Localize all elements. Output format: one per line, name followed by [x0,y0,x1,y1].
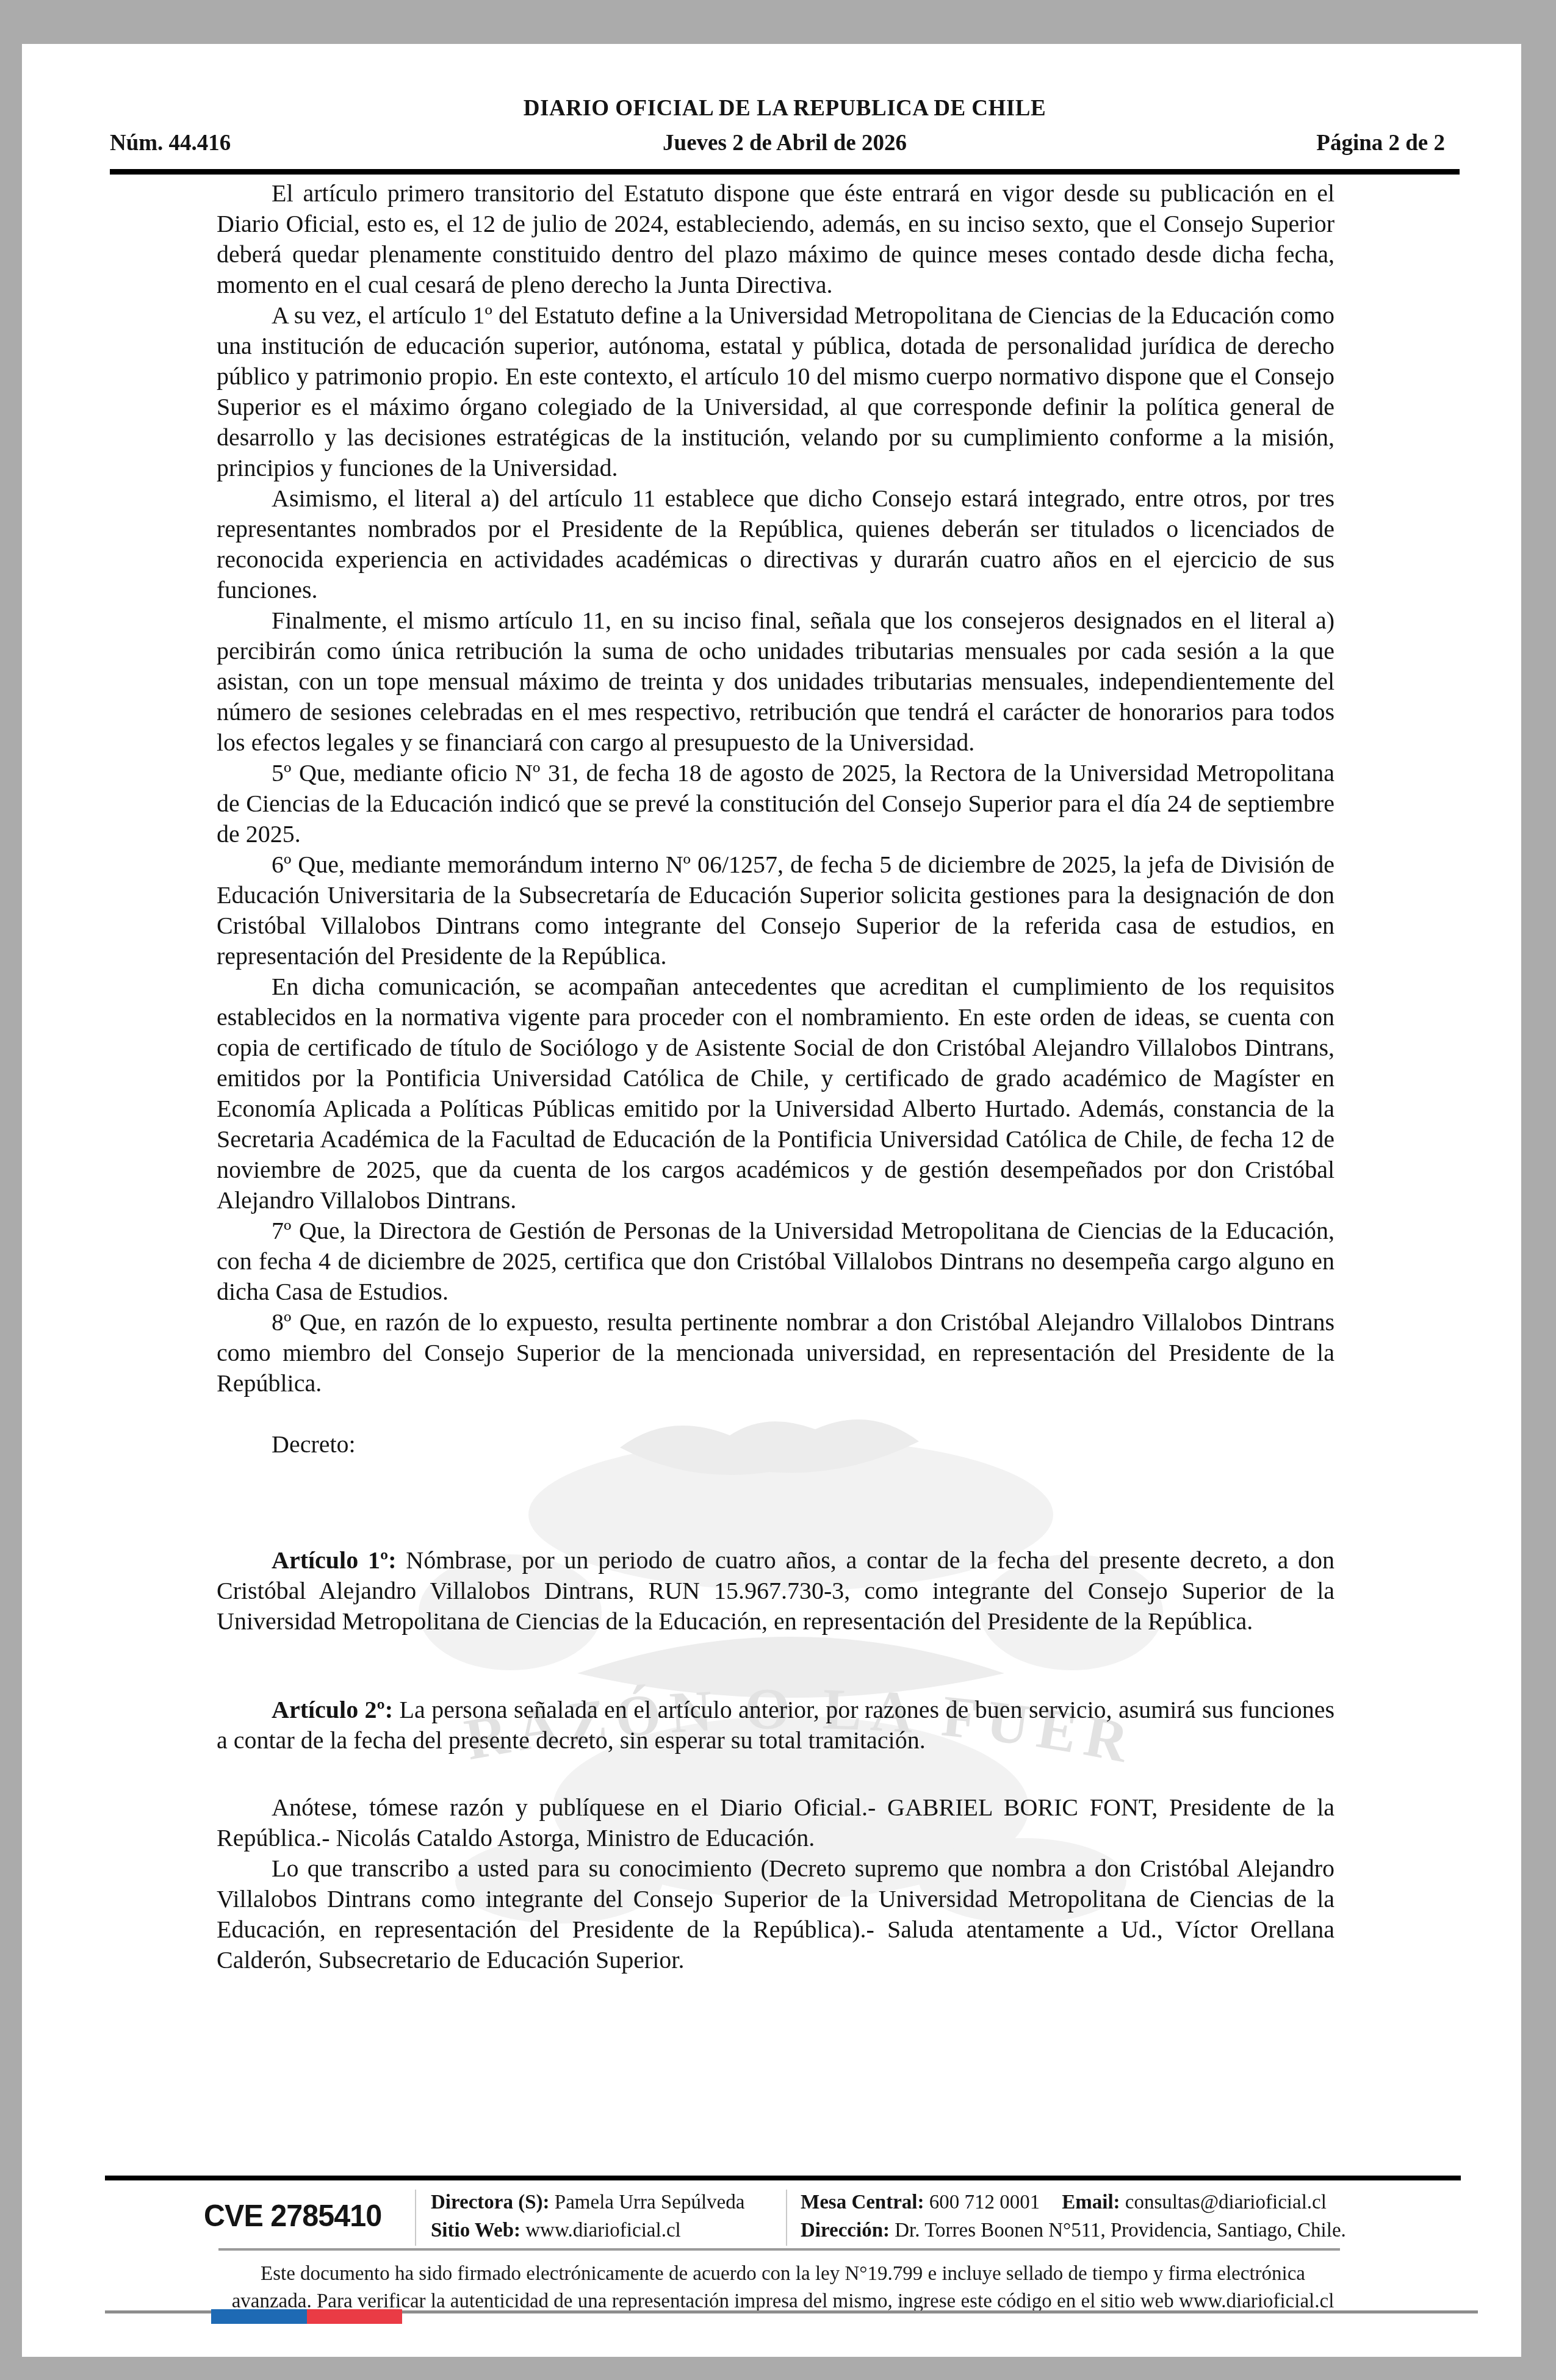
phone-number: 600 712 0001 [929,2191,1040,2213]
document-page: LA RAZÓN O LA FUERZA DIARIO OFICIAL DE L… [22,44,1521,2357]
footer-contact-column: Mesa Central: 600 712 0001Email: consult… [801,2188,1346,2245]
footer-separator-rule [218,2248,1340,2251]
address-label: Dirección: [801,2220,890,2241]
disclaimer-line-1: Este documento ha sido firmado electróni… [105,2260,1461,2288]
email-label: Email: [1062,2191,1120,2213]
viewer-background: { "page": { "header": { "title": "DIARIO… [0,0,1556,2380]
footer-contact-box: CVE 2785410 Directora (S): Pamela Urra S… [105,2187,1461,2248]
paragraph: Decreto: [217,1429,1334,1460]
website-link[interactable]: www.diarioficial.cl [525,2220,680,2241]
paragraph: El artículo primero transitorio del Esta… [217,178,1334,300]
footer-top-rule [105,2176,1461,2180]
paragraph: Finalmente, el mismo artículo 11, en su … [217,605,1334,758]
body-paragraphs: El artículo primero transitorio del Esta… [217,178,1334,1975]
address-value: Dr. Torres Boonen N°511, Providencia, Sa… [895,2220,1346,2241]
paragraph: Lo que transcribo a usted para su conoci… [217,1853,1334,1975]
paragraph: 8º Que, en razón de lo expuesto, resulta… [217,1307,1334,1399]
page-indicator: Página 2 de 2 [1316,130,1445,156]
email-address[interactable]: consultas@diarioficial.cl [1125,2191,1327,2213]
director-label: Directora (S): [431,2191,550,2213]
footer-director-column: Directora (S): Pamela Urra Sepúlveda Sit… [431,2188,744,2245]
paragraph: A su vez, el artículo 1º del Estatuto de… [217,300,1334,483]
paragraph-lead: Artículo 1º: [272,1546,396,1574]
website-label: Sitio Web: [431,2220,520,2241]
paragraph: Asimismo, el literal a) del artículo 11 … [217,483,1334,605]
paragraph: Artículo 2º: La persona señalada en el a… [217,1695,1334,1756]
paragraph: 5º Que, mediante oficio Nº 31, de fecha … [217,758,1334,849]
paragraph: Artículo 1º: Nómbrase, por un periodo de… [217,1545,1334,1637]
footer-divider [415,2190,416,2246]
flag-blue-block [211,2309,307,2324]
masthead: DIARIO OFICIAL DE LA REPUBLICA DE CHILE … [110,95,1460,175]
phone-label: Mesa Central: [801,2191,924,2213]
paragraph: 6º Que, mediante memorándum interno Nº 0… [217,849,1334,972]
chile-flag-mark [211,2309,402,2324]
paragraph: 7º Que, la Directora de Gestión de Perso… [217,1216,1334,1307]
paragraph: En dicha comunicación, se acompañan ante… [217,972,1334,1216]
flag-red-block [307,2309,402,2324]
header-rule [110,169,1460,175]
footer-divider [786,2190,787,2246]
paragraph: Anótese, tómese razón y publíquese en el… [217,1792,1334,1853]
gazette-title: DIARIO OFICIAL DE LA REPUBLICA DE CHILE [110,95,1460,121]
paragraph-lead: Artículo 2º: [272,1696,393,1723]
issue-date: Jueves 2 de Abril de 2026 [110,130,1460,156]
cve-code: CVE 2785410 [204,2198,381,2234]
director-name: Pamela Urra Sepúlveda [555,2191,745,2213]
signature-disclaimer: Este documento ha sido firmado electróni… [105,2260,1461,2315]
